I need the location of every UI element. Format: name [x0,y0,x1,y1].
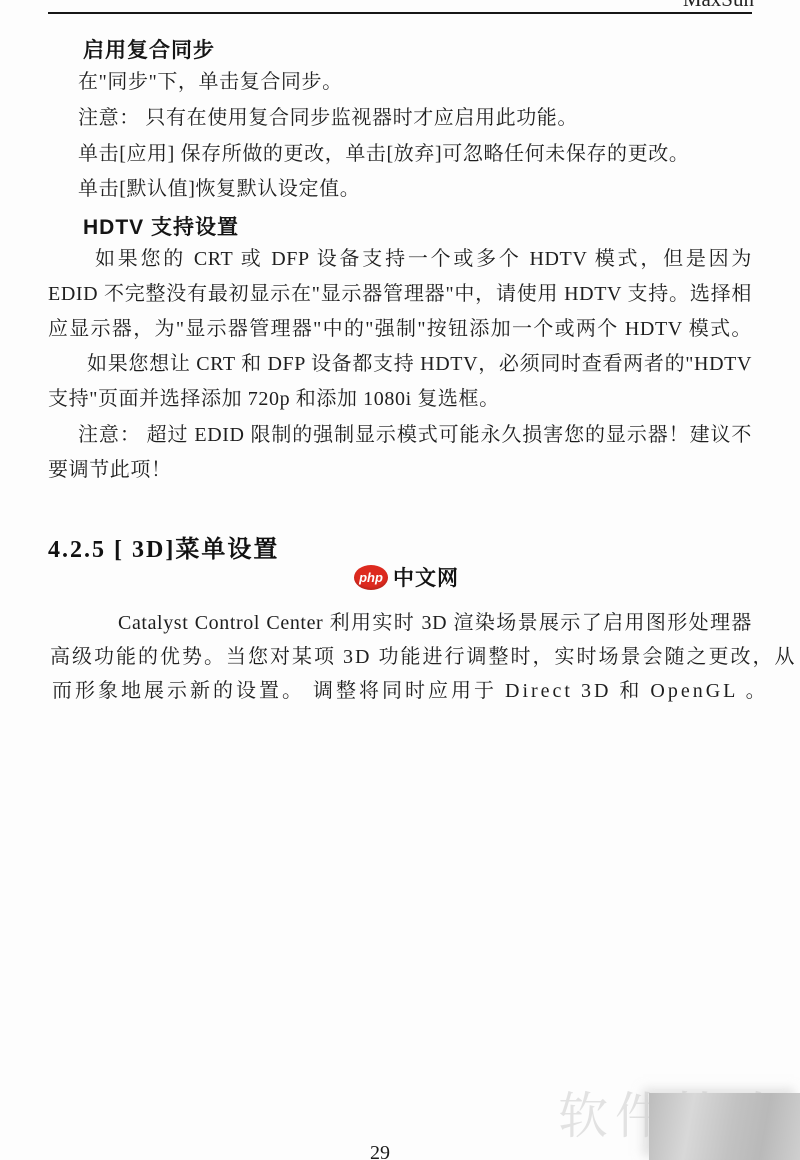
heading-composite-sync: 启用复合同步 [83,34,215,64]
paragraph-line: 要调节此项！ [48,457,172,483]
paragraph-line: 高级功能的优势。当您对某项 3D 功能进行调整时，实时场景会随之更改，从 [50,644,752,670]
paragraph-line: 在"同步"下，单击复合同步。 [78,69,343,95]
paragraph-line: 如果您想让 CRT 和 DFP 设备都支持 HDTV，必须同时查看两者的"HDT… [87,351,752,377]
paragraph-line: 应显示器，为"显示器管理器"中的"强制"按钮添加一个或两个 HDTV 模式。 [48,316,752,342]
heading-3d-menu: 4.2.5 [ 3D]菜单设置 [48,529,279,564]
header-rule [48,12,752,14]
paragraph-line: 支持"页面并选择添加 720p 和添加 1080i 复选框。 [48,386,500,412]
heading-hdtv-support: HDTV 支持设置 [83,211,239,241]
paragraph-line: EDID 不完整没有最初显示在"显示器管理器"中，请使用 HDTV 支持。选择相 [48,281,752,307]
paragraph-line: 而形象地展示新的设置。 调整将同时应用于 Direct 3D 和 OpenGL … [52,678,752,704]
scan-artifact-blob [649,1093,800,1160]
header-brand: MaxSun [683,0,754,12]
php-cn-logo: php 中文网 [354,562,459,592]
paragraph-line: Catalyst Control Center 利用实时 3D 渲染场景展示了启… [118,610,752,636]
php-logo-badge-icon: php [354,565,388,590]
document-page: MaxSun 启用复合同步 在"同步"下，单击复合同步。 注意： 只有在使用复合… [0,0,800,1160]
paragraph-line: 注意： 只有在使用复合同步监视器时才应启用此功能。 [78,105,578,131]
paragraph-line: 注意： 超过 EDID 限制的强制显示模式可能永久损害您的显示器！建议不 [78,422,752,448]
paragraph-line: 如果您的 CRT 或 DFP 设备支持一个或多个 HDTV 模式，但是因为 [95,246,752,272]
php-logo-text: 中文网 [393,562,459,592]
paragraph-line: 单击[默认值]恢复默认设定值。 [78,176,360,202]
paragraph-line: 单击[应用] 保存所做的更改，单击[放弃]可忽略任何未保存的更改。 [78,141,689,167]
